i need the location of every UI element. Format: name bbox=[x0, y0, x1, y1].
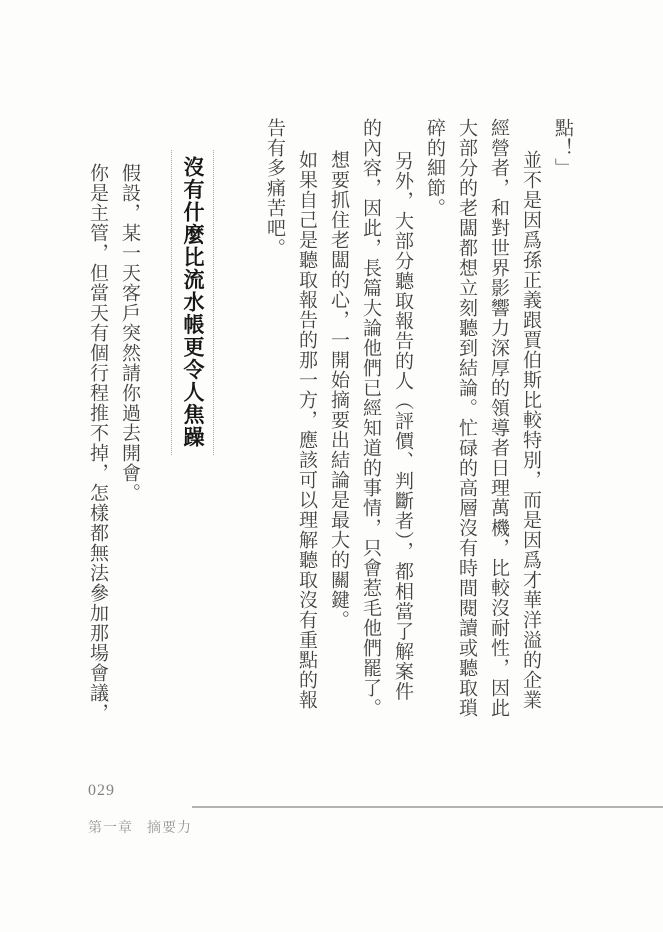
book-page: 點！」 並不是因爲孫正義跟賈伯斯比較特別，而是因爲才華洋溢的企業 經營者，和對世… bbox=[0, 0, 663, 932]
text-column: 經營者，和對世界影響力深厚的領導者日理萬機，比較沒耐性，因此 bbox=[489, 118, 508, 718]
text-column: 假設，某一天客戶突然請你過去開會。 bbox=[120, 163, 139, 503]
chapter-label: 第一章 bbox=[88, 821, 133, 836]
text-column: 另外，大部分聽取報告的人（評價、判斷者），都相當了解案件 bbox=[393, 151, 412, 702]
text-column: 想要抓住老闆的心，一開始摘要出結論是最大的關鍵。 bbox=[329, 150, 348, 630]
page-number: 029 bbox=[88, 782, 115, 800]
chapter-footer: 第一章摘要力 bbox=[88, 817, 192, 837]
chapter-title: 摘要力 bbox=[147, 821, 192, 836]
text-column: 的內容，因此，長篇大論他們已經知道的事情，只會惹毛他們罷了。 bbox=[361, 118, 380, 718]
footer-rule bbox=[192, 806, 663, 808]
text-column: 點！」 bbox=[553, 118, 572, 178]
text-column: 你是主管，但當天有個行程推不掉，怎樣都無法參加那場會議， bbox=[88, 163, 107, 723]
section-heading: 沒有什麼比流水帳更令人焦躁 bbox=[171, 150, 214, 455]
text-column: 碎的細節。 bbox=[425, 118, 444, 218]
text-column: 並不是因爲孫正義跟賈伯斯比較特別，而是因爲才華洋溢的企業 bbox=[521, 150, 540, 710]
text-column: 告有多痛苦吧。 bbox=[265, 118, 284, 258]
text-column: 如果自己是聽取報告的那一方，應該可以理解聽取沒有重點的報 bbox=[297, 150, 316, 710]
text-column: 大部分的老闆都想立刻聽到結論。忙碌的高層沒有時間閱讀或聽取瑣 bbox=[457, 118, 476, 718]
